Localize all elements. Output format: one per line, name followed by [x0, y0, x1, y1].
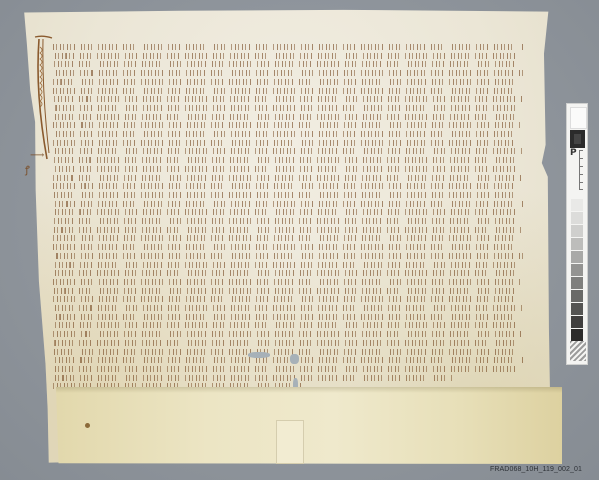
- script-line: [53, 357, 523, 363]
- script-line: [53, 79, 519, 85]
- script-line: [53, 88, 515, 94]
- gray-swatch: [571, 212, 583, 224]
- card-label: P: [570, 148, 577, 158]
- script-line: [53, 192, 515, 198]
- script-line: [53, 122, 523, 128]
- script-line: [53, 175, 523, 181]
- script-line: [53, 253, 523, 259]
- script-line: [53, 209, 519, 215]
- script-line: [53, 375, 453, 381]
- script-line: [53, 70, 523, 76]
- gray-swatch: [571, 303, 583, 315]
- margin-arrow-mark: ⟶: [30, 150, 44, 161]
- script-line: [53, 366, 519, 372]
- card-logo-icon: [570, 341, 586, 361]
- parchment-hole: [290, 354, 299, 364]
- gray-swatch: [571, 251, 583, 263]
- script-line: [53, 148, 523, 154]
- script-line: [53, 244, 515, 250]
- script-line: [53, 340, 519, 346]
- script-line: [53, 44, 523, 50]
- script-line: [53, 288, 519, 294]
- script-line: [53, 61, 515, 67]
- script-line: [53, 331, 523, 337]
- script-line: [53, 235, 519, 241]
- script-line: [53, 140, 515, 146]
- script-line: [53, 314, 519, 320]
- script-line: [53, 322, 515, 328]
- card-black-patch: [570, 130, 585, 148]
- script-line: [53, 305, 523, 311]
- script-line: [53, 53, 519, 59]
- gray-swatch: [571, 329, 583, 341]
- script-line: [53, 262, 519, 268]
- gray-swatch: [571, 225, 583, 237]
- script-line: [53, 183, 519, 189]
- script-line: [53, 218, 515, 224]
- gray-swatch: [571, 264, 583, 276]
- decorated-initial-icon: [33, 33, 53, 163]
- script-line: [53, 270, 515, 276]
- script-line: [53, 296, 515, 302]
- catalog-identifier: FRAD068_10H_119_002_01: [490, 466, 582, 473]
- gray-swatch: [571, 316, 583, 328]
- card-ruler: [579, 150, 585, 190]
- script-line: [53, 105, 519, 111]
- color-calibration-card: P: [566, 103, 588, 365]
- script-line: [53, 349, 515, 355]
- gray-swatch: [571, 277, 583, 289]
- gray-swatch: [571, 238, 583, 250]
- margin-symbol-mark: ꝭ: [25, 162, 30, 176]
- script-line: [53, 227, 523, 233]
- script-line: [53, 96, 523, 102]
- gray-swatch: [571, 290, 583, 302]
- script-line: [53, 279, 523, 285]
- charter-text-block: [53, 44, 528, 394]
- gray-swatch: [571, 199, 583, 211]
- plica-fold: [56, 387, 562, 464]
- script-line: [53, 157, 519, 163]
- script-line: [53, 166, 515, 172]
- script-line: [53, 131, 519, 137]
- script-line: [53, 201, 523, 207]
- parchment-hole: [248, 352, 270, 358]
- stain-spot: [85, 423, 90, 428]
- script-line: [53, 114, 515, 120]
- seal-tab: [276, 420, 304, 464]
- card-white-patch: [570, 107, 587, 129]
